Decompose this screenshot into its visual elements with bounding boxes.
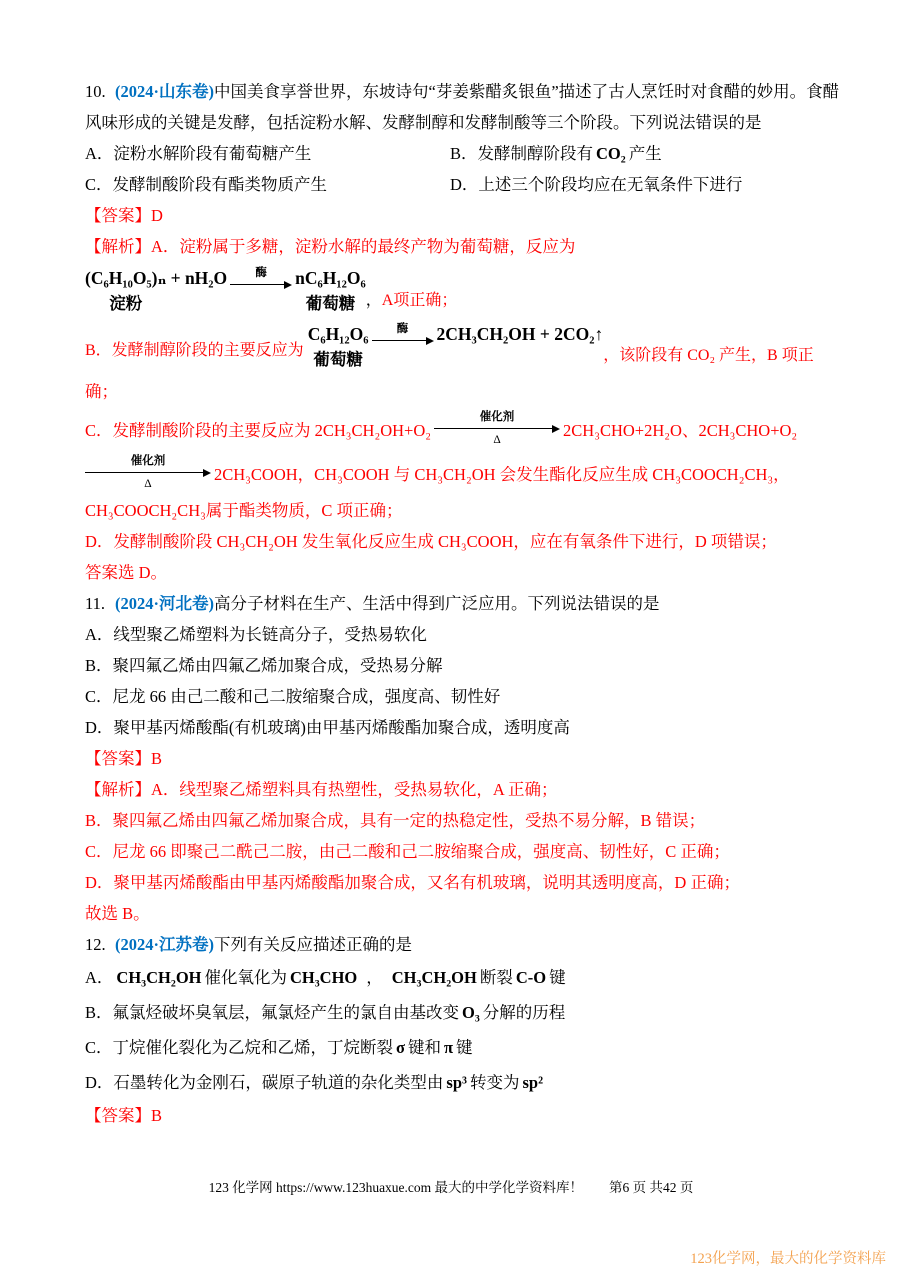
q10-analysis-a-text: A．淀粉属于多糖，淀粉水解的最终产物为葡萄糖，反应为 bbox=[151, 237, 575, 256]
arrow-shaft bbox=[372, 336, 434, 346]
delta-label: Δ bbox=[144, 478, 151, 491]
q11-stem-line: 11.(2024·河北卷)高分子材料在生产、生活中得到广泛应用。下列说法错误的是 bbox=[85, 588, 825, 619]
q10-analysis-d-line: D．发酵制酸阶段 CH₃CH₂OH 发生氧化反应生成 CH₃COOH，应在有氧条… bbox=[85, 526, 825, 557]
starch-label: 淀粉 bbox=[109, 291, 142, 317]
q12-option-c-text3: 键 bbox=[456, 1038, 473, 1057]
sp3-hybridization-symbol: sp³ bbox=[446, 1073, 467, 1092]
glucose-term-2: C₆H₁₂O₆ 葡萄糖 bbox=[308, 322, 369, 373]
arrow-condition-label: 酶 bbox=[255, 267, 267, 280]
q10-analysis-b-tail: ，该阶段有 CO₂ 产生，B 项正 bbox=[603, 342, 813, 365]
q10-analysis-b-line: B．发酵制醇阶段的主要反应为 C₆H₁₂O₆ 葡萄糖 酶 2CH₃CH₂OH +… bbox=[85, 322, 825, 374]
q12-option-d-text1: D．石墨转化为金刚石，碳原子轨道的杂化类型由 bbox=[85, 1073, 443, 1092]
equation-comma: ， bbox=[366, 287, 382, 310]
reaction-arrow-enzyme-1: 酶 bbox=[230, 267, 292, 290]
q10-analysis-b-pre: B．发酵制醇阶段的主要反应为 bbox=[85, 337, 304, 360]
delta-label: Δ bbox=[493, 434, 500, 447]
q11-source-tag: (2024·河北卷) bbox=[115, 594, 214, 613]
sp2-hybridization-symbol: sp² bbox=[522, 1073, 543, 1092]
water-term: + nH₂O bbox=[171, 266, 228, 291]
q11-answer-value: B bbox=[151, 749, 162, 768]
q12-option-d: D．石墨转化为金刚石，碳原子轨道的杂化类型由sp³转变为sp² bbox=[85, 1065, 825, 1100]
glucose-label: 葡萄糖 bbox=[306, 291, 356, 317]
q12-option-b-text1: B．氟氯烃破坏臭氧层，氟氯烃产生的氯自由基改变 bbox=[85, 1003, 459, 1022]
q10-option-b: B．发酵制醇阶段有CO₂产生 bbox=[450, 138, 662, 169]
q12-stem-text: 下列有关反应描述正确的是 bbox=[214, 935, 412, 954]
reaction-arrow-enzyme-2: 酶 bbox=[372, 323, 434, 346]
q10-analysis-c-line2: 催化剂 Δ 2CH₃COOH，CH₃COOH 与 CH₃CH₂OH 会发生酯化反… bbox=[85, 451, 825, 495]
watermark-text: 123化学网，最大的化学资料库 bbox=[690, 1247, 886, 1268]
glucose-term: nC₆H₁₂O₆ 葡萄糖 bbox=[295, 266, 366, 317]
q11-analysis-d-line: D．聚甲基丙烯酸酯由甲基丙烯酸酯加聚合成，又名有机玻璃，说明其透明度高，D 正确… bbox=[85, 867, 825, 898]
q10-stem-line2: 风味形成的关键是发酵，包括淀粉水解、发酵制醇和发酵制酸等三个阶段。下列说法错误的… bbox=[85, 107, 825, 138]
analysis-label: 【解析】 bbox=[85, 780, 151, 799]
q10-option-c: C．发酵制酸阶段有酯类物质产生 bbox=[85, 169, 450, 200]
arrow-shaft bbox=[434, 424, 560, 434]
document-page: 10.(2024·山东卷)中国美食享誉世界，东坡诗句“芽姜紫醋炙银鱼”描述了古人… bbox=[85, 76, 825, 1131]
q11-answer-line: 【答案】B bbox=[85, 743, 825, 774]
q10-analysis-c-line3: CH₃COOCH₂CH₃属于酯类物质，C 项正确； bbox=[85, 495, 825, 526]
q10-option-d: D．上述三个阶段均应在无氧条件下进行 bbox=[450, 169, 742, 200]
arrow-shaft bbox=[230, 280, 292, 290]
pi-bond-symbol: π bbox=[444, 1038, 453, 1057]
q10-analysis-c-line1: C．发酵制酸阶段的主要反应为 2CH₃CH₂OH+O₂ 催化剂 Δ 2CH₃CH… bbox=[85, 407, 825, 451]
q11-option-c: C．尼龙 66 由己二酸和己二胺缩聚合成，强度高、韧性好 bbox=[85, 681, 825, 712]
q10-options-row-2: C．发酵制酸阶段有酯类物质产生 D．上述三个阶段均应在无氧条件下进行 bbox=[85, 169, 825, 200]
q11-number: 11. bbox=[85, 588, 115, 619]
ozone-formula: O₃ bbox=[462, 1003, 480, 1022]
q10-source-tag: (2024·山东卷) bbox=[115, 82, 214, 101]
arrow-condition-label: 酶 bbox=[397, 323, 409, 336]
q11-analysis-a-line: 【解析】A．线型聚乙烯塑料具有热塑性，受热易软化，A 正确； bbox=[85, 774, 825, 805]
q12-option-d-text2: 转变为 bbox=[470, 1073, 520, 1092]
q11-option-d: D．聚甲基丙烯酸酯(有机玻璃)由甲基丙烯酸酯加聚合成，透明度高 bbox=[85, 712, 825, 743]
page-footer: 123 化学网 https://www.123huaxue.com 最大的中学化… bbox=[0, 1176, 902, 1196]
q12-option-a-text2: 断裂 bbox=[480, 968, 513, 987]
glucose-formula: nC₆H₁₂O₆ bbox=[295, 266, 366, 291]
ethanol-formula: CH₃CH₂OH bbox=[116, 968, 201, 987]
ethanol-formula-2: CH₃CH₂OH bbox=[392, 968, 477, 987]
catalyst-label: 催化剂 bbox=[480, 411, 515, 424]
q10-conclusion: 答案选 D。 bbox=[85, 557, 825, 588]
q11-option-a: A．线型聚乙烯塑料为长链高分子，受热易软化 bbox=[85, 619, 825, 650]
sigma-bond-symbol: σ bbox=[396, 1038, 405, 1057]
reaction-arrow-catalyst-1: 催化剂 Δ bbox=[434, 411, 560, 447]
q11-option-b: B．聚四氟乙烯由四氟乙烯加聚合成，受热易分解 bbox=[85, 650, 825, 681]
q10-analysis-c2-text: 2CH₃COOH，CH₃COOH 与 CH₃CH₂OH 会发生酯化反应生成 CH… bbox=[214, 461, 790, 485]
q10-stem-text-1: 中国美食享誉世界，东坡诗句“芽姜紫醋炙银鱼”描述了古人烹饪时对食醋的妙用。食醋 bbox=[214, 82, 839, 101]
answer-label: 【答案】 bbox=[85, 206, 151, 225]
starch-term: (C₆H₁₀O₅)ₙ 淀粉 bbox=[85, 266, 167, 317]
q11-analysis-a-text: A．线型聚乙烯塑料具有热塑性，受热易软化，A 正确； bbox=[151, 780, 558, 799]
q10-option-a: A．淀粉水解阶段有葡萄糖产生 bbox=[85, 138, 450, 169]
q10-number: 10. bbox=[85, 76, 115, 107]
analysis-label: 【解析】 bbox=[85, 237, 151, 256]
answer-label: 【答案】 bbox=[85, 749, 151, 768]
q10-analysis-b-cont: 确； bbox=[85, 376, 825, 407]
q11-conclusion: 故选 B。 bbox=[85, 898, 825, 929]
q12-option-a: A．CH₃CH₂OH催化氧化为CH₃CHO，CH₃CH₂OH断裂C-O键 bbox=[85, 960, 825, 995]
footer-page-number: 第6 页 共42 页 bbox=[609, 1180, 693, 1195]
q11-stem-text: 高分子材料在生产、生活中得到广泛应用。下列说法错误的是 bbox=[214, 594, 660, 613]
q12-option-c-text1: C．丁烷催化裂化为乙烷和乙烯，丁烷断裂 bbox=[85, 1038, 393, 1057]
q12-answer-value: B bbox=[151, 1106, 162, 1125]
acetaldehyde-formula: CH₃CHO bbox=[290, 968, 357, 987]
ethanol-co2-products: 2CH₃CH₂OH + 2CO₂↑ bbox=[437, 322, 604, 347]
q11-analysis-c-line: C．尼龙 66 即聚己二酰己二胺，由己二酸和己二胺缩聚合成，强度高、韧性好，C … bbox=[85, 836, 825, 867]
q12-option-b: B．氟氯烃破坏臭氧层，氟氯烃产生的氯自由基改变O₃分解的历程 bbox=[85, 995, 825, 1030]
q10-option-b-text2: 产生 bbox=[629, 144, 662, 163]
co2-formula: CO₂ bbox=[596, 144, 626, 163]
q10-stem-line1: 10.(2024·山东卷)中国美食享誉世界，东坡诗句“芽姜紫醋炙银鱼”描述了古人… bbox=[85, 76, 825, 107]
glucose-label-2: 葡萄糖 bbox=[313, 347, 363, 373]
answer-label: 【答案】 bbox=[85, 1106, 151, 1125]
q12-source-tag: (2024·江苏卷) bbox=[115, 935, 214, 954]
q12-number: 12. bbox=[85, 929, 115, 960]
q10-analysis-a-line: 【解析】A．淀粉属于多糖，淀粉水解的最终产物为葡萄糖，反应为 bbox=[85, 231, 825, 262]
q11-analysis-b-line: B．聚四氟乙烯由四氟乙烯加聚合成，具有一定的热稳定性，受热不易分解，B 错误； bbox=[85, 805, 825, 836]
q10-option-b-text: B．发酵制醇阶段有 bbox=[450, 144, 593, 163]
q10-equation-starch: (C₆H₁₀O₅)ₙ 淀粉 + nH₂O 酶 nC₆H₁₂O₆ 葡萄糖 ， A项… bbox=[85, 266, 825, 318]
q10-options-row-1: A．淀粉水解阶段有葡萄糖产生 B．发酵制醇阶段有CO₂产生 bbox=[85, 138, 825, 169]
q10-analysis-c-pre: C．发酵制酸阶段的主要反应为 2CH₃CH₂OH+O₂ bbox=[85, 417, 431, 441]
q10-analysis-a-verdict: A项正确； bbox=[382, 287, 458, 310]
footer-site-info: 123 化学网 https://www.123huaxue.com 最大的中学化… bbox=[209, 1180, 583, 1195]
q12-option-a-label: A． bbox=[85, 968, 113, 987]
q10-answer-value: D bbox=[151, 206, 163, 225]
catalyst-label: 催化剂 bbox=[131, 455, 166, 468]
glucose-formula-2: C₆H₁₂O₆ bbox=[308, 322, 369, 347]
q12-option-a-text3: 键 bbox=[549, 968, 566, 987]
q12-stem-line: 12.(2024·江苏卷)下列有关反应描述正确的是 bbox=[85, 929, 825, 960]
co-bond-label: C-O bbox=[516, 968, 546, 987]
starch-formula: (C₆H₁₀O₅)ₙ bbox=[85, 266, 167, 291]
q10-answer-line: 【答案】D bbox=[85, 200, 825, 231]
q12-option-a-text1: 催化氧化为 bbox=[204, 968, 287, 987]
arrow-shaft bbox=[85, 468, 211, 478]
q12-option-a-comma: ， bbox=[366, 968, 383, 987]
q10-analysis-c-mid: 2CH₃CHO+2H₂O、2CH₃CHO+O₂ bbox=[563, 417, 797, 441]
reaction-arrow-catalyst-2: 催化剂 Δ bbox=[85, 455, 211, 491]
q12-answer-line: 【答案】B bbox=[85, 1100, 825, 1131]
q12-option-b-text2: 分解的历程 bbox=[483, 1003, 566, 1022]
q12-option-c: C．丁烷催化裂化为乙烷和乙烯，丁烷断裂σ键和π键 bbox=[85, 1030, 825, 1065]
q12-option-c-text2: 键和 bbox=[408, 1038, 441, 1057]
